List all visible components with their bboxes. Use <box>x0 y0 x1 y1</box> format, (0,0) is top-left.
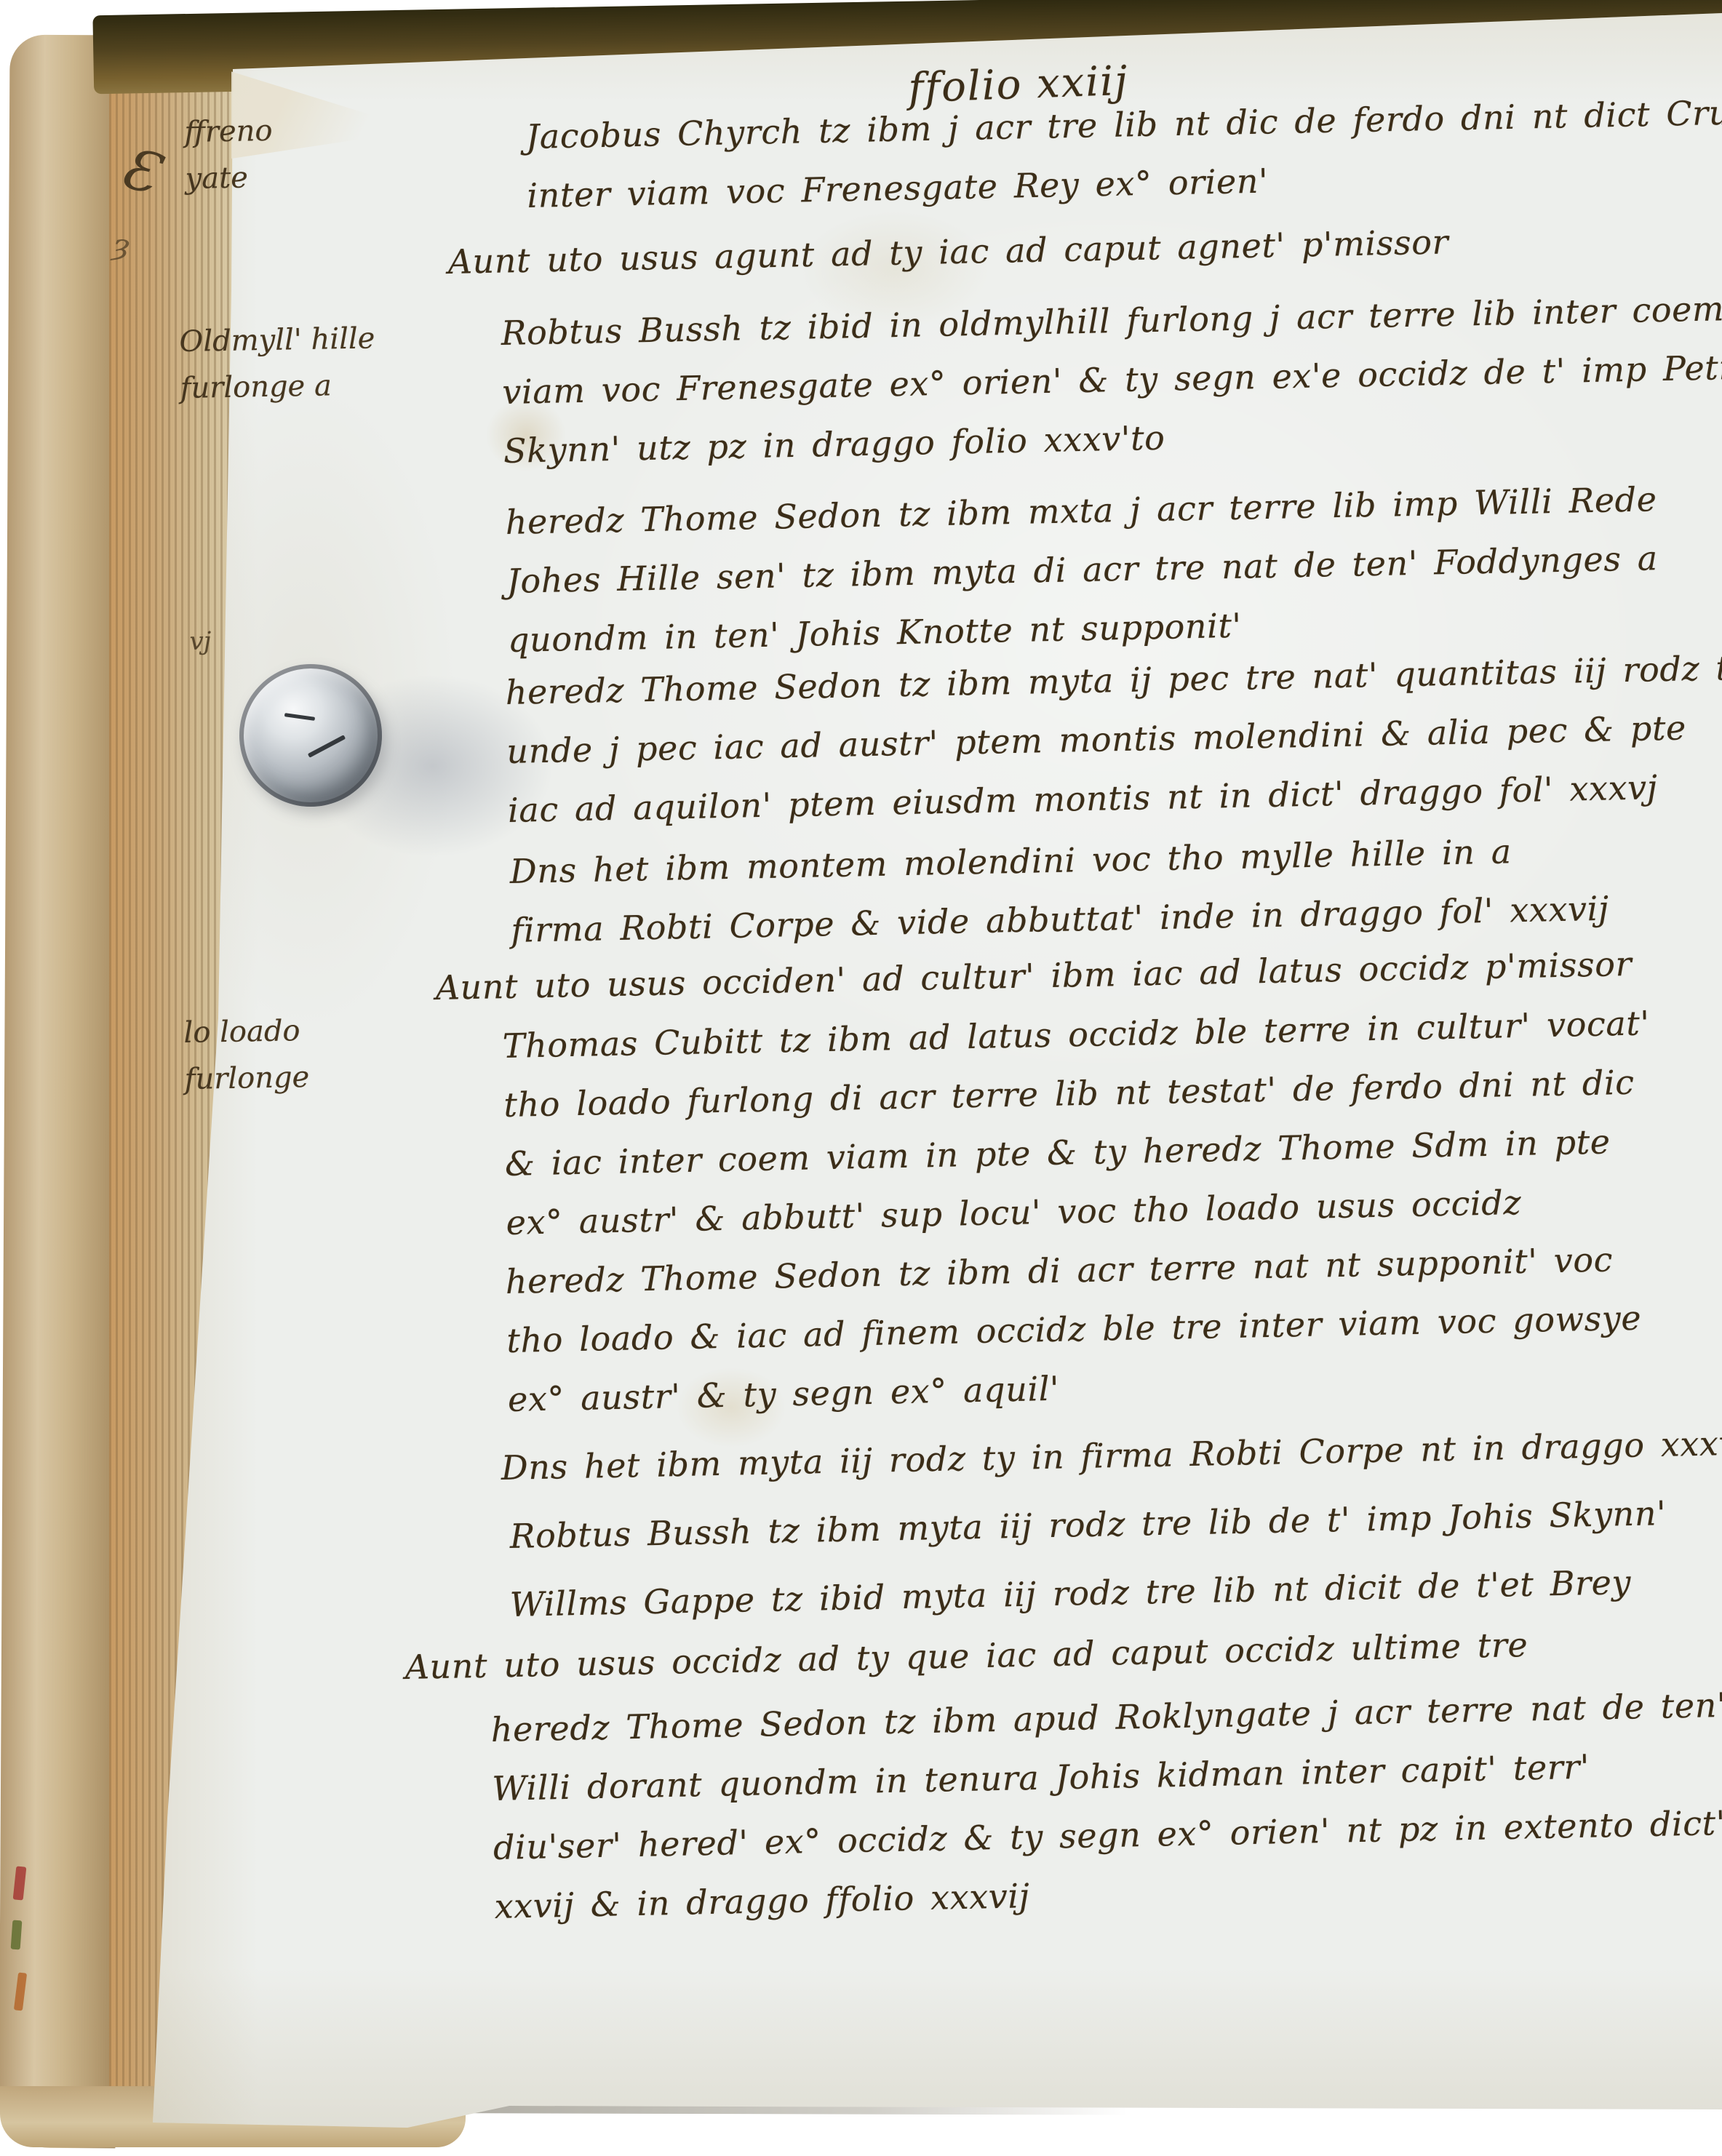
text-block: Dns het ibm myta iij rodz ty in firma Ro… <box>501 1414 1722 1498</box>
margin-note: lo loadofurlonge <box>183 1007 310 1103</box>
text-block: heredz Thome Sedon tz ibm di acr terre n… <box>505 1230 1643 1429</box>
margin-note-line: furlonge a <box>180 362 376 412</box>
text-block: Thomas Cubitt tz ibm ad latus occidz ble… <box>502 994 1654 1253</box>
text-block: Jacobus Chyrch tz ibm j acr tre lib nt d… <box>525 83 1722 225</box>
pen-mark: ȝ <box>111 226 132 264</box>
margin-note-line: vj <box>189 618 212 665</box>
margin-note: ffrenoyate <box>184 108 274 202</box>
text-block: Aunt uto usus agunt ad ty iac ad caput a… <box>447 212 1449 292</box>
text-layer: ffolio xxiij ffrenoyateOldmyll' hillefur… <box>0 0 1722 2156</box>
pen-mark: Ɛ <box>114 135 165 206</box>
margin-note-line: furlonge <box>184 1054 310 1103</box>
manuscript-photo: { "photo": { "description": "Photograph … <box>0 0 1722 2156</box>
text-block: Robtus Bussh tz ibm myta iij rodz tre li… <box>509 1484 1667 1566</box>
margin-note-line: Oldmyll' hille <box>179 315 375 365</box>
margin-note-line: lo loado <box>183 1007 309 1056</box>
text-block: heredz Thome Sedon tz ibm myta ij pec tr… <box>505 639 1722 840</box>
text-line: Aunt uto usus agunt ad ty iac ad caput a… <box>447 212 1449 292</box>
margin-note: Oldmyll' hillefurlonge a <box>179 315 376 412</box>
text-block: heredz Thome Sedon tz ibm mxta j acr ter… <box>505 470 1660 670</box>
text-line: Robtus Bussh tz ibm myta iij rodz tre li… <box>509 1484 1667 1566</box>
margin-note-line: ffreno <box>184 108 273 156</box>
text-block: heredz Thome Sedon tz ibm apud Roklyngat… <box>490 1674 1722 1936</box>
text-line: Dns het ibm myta iij rodz ty in firma Ro… <box>501 1414 1722 1498</box>
text-block: Robtus Bussh tz ibid in oldmylhill furlo… <box>501 279 1722 481</box>
margin-note: vj <box>189 618 212 665</box>
margin-note-line: yate <box>185 154 274 202</box>
